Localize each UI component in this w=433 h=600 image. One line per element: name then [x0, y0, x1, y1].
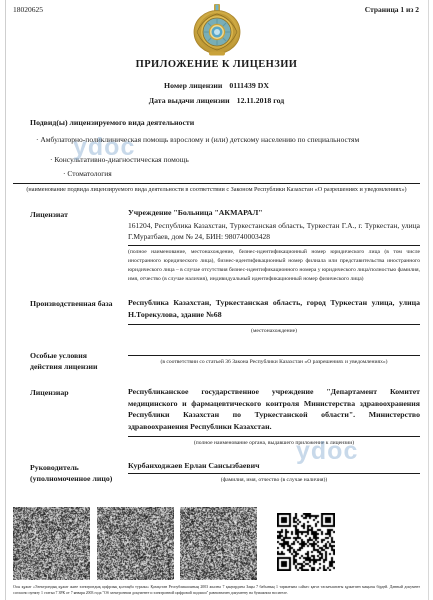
data-matrix-barcode-2 — [97, 507, 174, 580]
license-attachment-page: 18020625 Страница 1 из 2 — [0, 0, 433, 600]
qr-code — [277, 513, 335, 571]
subtype-item-stomatology: Стоматология — [63, 169, 419, 178]
license-number-label: Номер лицензии — [164, 81, 222, 90]
head-name: Курбанходжаев Ерлан Сансызбаевич — [128, 461, 420, 470]
license-date-line: Дата выдачи лицензии12.11.2018 год — [0, 96, 433, 105]
field-production-base: Производственная база Республика Казахст… — [30, 297, 420, 335]
subtypes-caption: (наименование подвида лицензируемого вид… — [0, 186, 433, 195]
licensor-label: Лицензиар — [30, 386, 128, 448]
licensee-label: Лицензиат — [30, 208, 128, 284]
license-date-value: 12.11.2018 год — [237, 96, 285, 105]
special-conditions-divider — [128, 355, 420, 356]
head-label: Руководитель (уполномоченное лицо) — [30, 461, 128, 485]
page-indicator: Страница 1 из 2 — [365, 5, 419, 14]
licensor-caption: (полное наименование органа, выдавшего п… — [128, 439, 420, 448]
special-conditions-label: Особые условия действия лицензии — [30, 349, 128, 373]
subtypes-heading: Подвид(ы) лицензируемого вида деятельнос… — [30, 118, 416, 127]
licensee-address: 161204, Республика Казахстан, Туркестанс… — [128, 220, 420, 243]
field-special-conditions: Особые условия действия лицензии (в соот… — [30, 349, 420, 373]
subtype-item-ambulatory: Амбулаторно-поликлиническая помощь взрос… — [36, 135, 419, 144]
licensee-name: Учреждение "Больница "АКМАРАЛ" — [128, 208, 420, 217]
kazakhstan-emblem-icon — [193, 4, 241, 62]
subtype-item-consultative: Консультативно-диагностическая помощь — [50, 155, 419, 164]
data-matrix-barcode-1 — [13, 507, 90, 580]
license-date-label: Дата выдачи лицензии — [149, 96, 230, 105]
head-divider — [128, 473, 420, 474]
production-base-caption: (местонахождение) — [128, 327, 420, 336]
production-base-label: Производственная база — [30, 297, 128, 335]
data-matrix-barcode-3 — [180, 507, 257, 580]
special-conditions-caption: (в соответствии со статьей 36 Закона Рес… — [128, 358, 420, 367]
head-caption: (фамилия, имя, отчество (в случае наличи… — [128, 476, 420, 485]
licensor-value: Республиканское государственное учрежден… — [128, 386, 420, 433]
field-head: Руководитель (уполномоченное лицо) Курба… — [30, 461, 420, 485]
legal-footer-text: Осы құжат «Электрондық құжат және электр… — [13, 584, 420, 596]
license-number-line: Номер лицензии0111439 DX — [0, 81, 433, 90]
licensee-caption: (полное наименование, местонахождение, б… — [128, 248, 420, 284]
field-licensee: Лицензиат Учреждение "Больница "АКМАРАЛ"… — [30, 208, 420, 284]
production-base-value: Республика Казахстан, Туркестанская обла… — [128, 297, 420, 320]
document-number: 18020625 — [13, 5, 43, 14]
field-licensor: Лицензиар Республиканское государственно… — [30, 386, 420, 448]
subtypes-divider — [13, 183, 420, 184]
licensee-divider — [128, 245, 420, 246]
licensor-divider — [128, 436, 420, 437]
production-base-divider — [128, 324, 420, 325]
license-number-value: 0111439 DX — [229, 81, 269, 90]
